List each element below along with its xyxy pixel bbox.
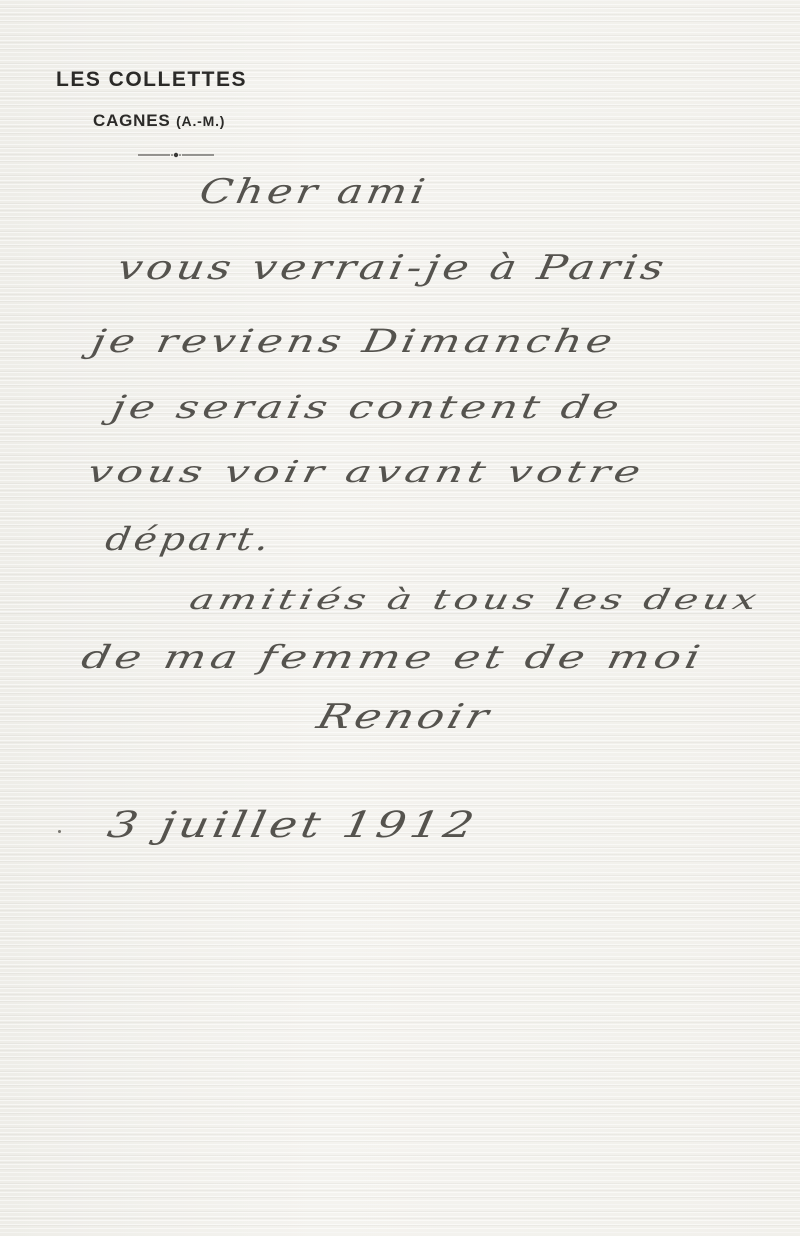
letter-line: je serais content de	[108, 388, 626, 426]
salutation: Cher ami	[196, 172, 431, 212]
letterhead-region: (A.-M.)	[176, 113, 225, 129]
letterhead-address: CAGNES (A.-M.)	[93, 111, 225, 131]
letter-line: départ.	[103, 520, 275, 558]
letter-line: vous verrai-je à Paris	[114, 248, 670, 288]
letter-line: je reviens Dimanche	[88, 322, 619, 360]
signature: Renoir	[312, 697, 496, 737]
letter-line: vous voir avant votre	[84, 455, 647, 490]
pencil-dot	[58, 830, 61, 833]
closing-line: de ma femme et de moi	[78, 638, 707, 676]
letter-page: LES COLLETTES CAGNES (A.-M.) Cher ami vo…	[0, 0, 800, 1236]
letterhead-place: CAGNES	[93, 111, 171, 130]
ornament-rule-icon	[138, 150, 214, 160]
letter-date: 3 juillet 1912	[104, 805, 481, 846]
letterhead-title: LES COLLETTES	[56, 68, 247, 92]
closing-line: amitiés à tous les deux	[187, 583, 764, 616]
